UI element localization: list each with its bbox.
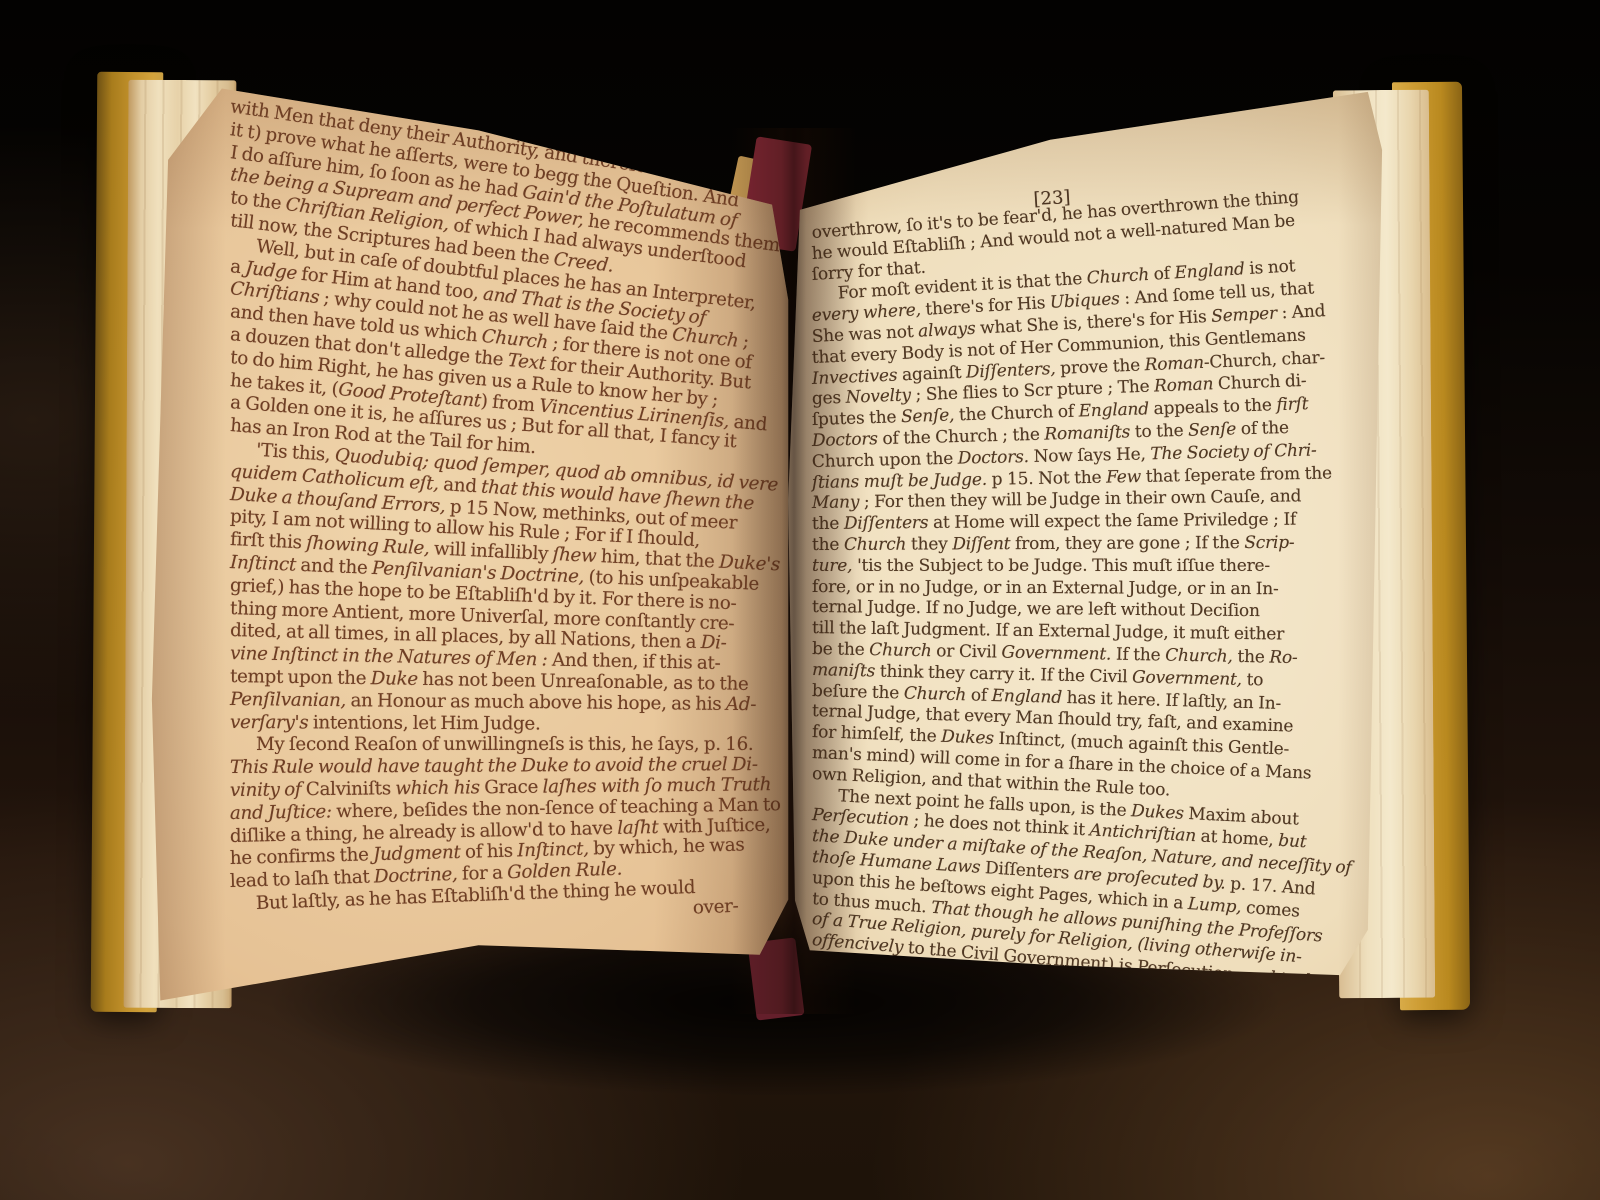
left-page: with Men that deny their Authority, and … <box>148 58 796 1010</box>
text-segment: ſputes the <box>812 407 902 430</box>
text-segment: Many <box>812 493 860 514</box>
text-segment: My ſecond Reaſon of unwillingneſs is thi… <box>256 734 753 755</box>
text-segment: Inſtinct <box>230 552 297 576</box>
text-segment: Penſilvanian, <box>230 689 346 711</box>
text-segment: verſary's <box>230 712 308 733</box>
text-segment: maniſts <box>812 660 876 681</box>
text-segment: the <box>812 535 844 555</box>
text-segment: Di- <box>701 632 727 654</box>
text-segment: Now ſays He, <box>1029 444 1151 467</box>
text-segment: fore, or in no Judge, or in an External … <box>812 577 1279 599</box>
text-segment: and Juſtice: <box>230 801 332 824</box>
text-line: the Diſſenters at Home will expect the ſ… <box>812 510 1292 535</box>
text-segment: an Honour as much above his hope, as his <box>346 690 726 715</box>
text-segment: If the <box>1111 644 1165 665</box>
text-segment: ture, <box>812 556 852 576</box>
text-segment: lead to laſh that <box>230 867 375 893</box>
text-segment: of the <box>1236 418 1289 439</box>
text-segment: that ſeperate from the <box>1141 463 1332 486</box>
text-segment: ges <box>812 388 846 409</box>
text-segment: Grace <box>480 777 543 799</box>
text-segment: againſt <box>897 362 966 385</box>
text-segment: The Society of Chri- <box>1150 440 1317 464</box>
text-line: the Church they Diſſent from, they are g… <box>812 533 1292 556</box>
text-segment: Invectives <box>811 365 897 389</box>
text-segment: of the Church ; the <box>878 425 1045 450</box>
text-segment: Senſe <box>1188 419 1237 440</box>
text-segment: of <box>966 685 992 706</box>
left-page-text: with Men that deny their Authority, and … <box>230 96 775 939</box>
text-segment: Judgment <box>373 842 461 865</box>
right-page-text: overthrow, ſo it's to be fear'd, he has … <box>812 223 1292 972</box>
text-segment: for a <box>457 862 507 885</box>
text-segment: over- <box>692 895 738 918</box>
text-segment: the <box>1233 647 1270 668</box>
text-segment: appeals to the <box>1149 395 1277 419</box>
text-segment: p. 17. And <box>1225 874 1316 900</box>
text-segment: Diſſenters, <box>966 359 1056 383</box>
text-segment: be the <box>812 639 870 660</box>
text-segment: Romaniſts <box>1044 422 1130 444</box>
text-segment: firſt <box>1276 394 1309 415</box>
text-segment: Lump, <box>1187 894 1242 918</box>
text-segment: Doctrine, <box>374 864 458 888</box>
text-segment: to <box>1242 670 1264 690</box>
right-page: [23] overthrow, ſo it's to be fear'd, he… <box>782 78 1400 1000</box>
text-segment: but <box>1278 831 1307 853</box>
text-segment: prove the <box>1055 355 1145 379</box>
text-segment: Duke <box>371 668 418 690</box>
text-segment: Ubiques <box>1049 289 1120 313</box>
text-segment: from, they are gone ; If the <box>1010 533 1244 554</box>
text-segment: England <box>1078 399 1149 421</box>
text-segment: of his <box>460 841 517 863</box>
text-segment: Calviniſts <box>301 778 395 800</box>
text-segment: p 15. Not the <box>987 467 1107 489</box>
text-segment: and the <box>296 555 373 579</box>
text-segment: England <box>1174 260 1245 284</box>
text-segment: Government, <box>1132 667 1242 690</box>
text-segment: Inſtinct, <box>517 839 589 862</box>
text-line: ture, 'tis the Subject to be Judge. This… <box>812 556 1292 577</box>
text-segment: Dukes <box>941 727 994 749</box>
text-segment: England <box>991 685 1062 707</box>
text-segment: vinity of <box>230 779 302 801</box>
text-segment: the <box>812 514 844 534</box>
text-segment: which his <box>395 777 480 799</box>
photo-backdrop: with Men that deny their Authority, and … <box>0 0 1600 1200</box>
text-segment: ternal Judge. If no Judge, we are left w… <box>812 597 1260 621</box>
text-segment: Diſſent <box>952 534 1010 554</box>
text-segment: Doctors. <box>958 447 1030 469</box>
text-segment: comes <box>1241 897 1301 921</box>
text-segment: Senſe, <box>901 406 955 428</box>
text-segment: 'tis the Subject to be Judge. This muſt … <box>852 556 1270 576</box>
text-segment: Roman <box>1144 352 1204 374</box>
text-segment: of <box>1148 264 1175 285</box>
text-segment: ; <box>737 331 749 353</box>
text-segment: intentions, let Him Judge. <box>308 712 540 734</box>
text-segment: to the <box>1130 421 1189 443</box>
text-segment: and <box>438 474 482 498</box>
text-segment: : And <box>1276 301 1325 323</box>
text-segment: Scrip- <box>1244 533 1294 553</box>
text-segment: ; For then they will be Judge in their o… <box>859 487 1301 513</box>
text-segment: always <box>918 319 976 342</box>
text-segment: Government. <box>1001 642 1111 664</box>
text-segment: at Home will expect the ſame Priviledge … <box>928 510 1296 533</box>
text-segment: Dukes <box>1131 801 1185 824</box>
text-segment: Church <box>869 640 932 661</box>
text-segment: Few <box>1106 467 1141 488</box>
text-segment: beſure the <box>812 681 904 704</box>
text-segment: Church <box>904 683 967 705</box>
text-segment: firſt this <box>230 529 307 553</box>
text-segment: ſhew <box>552 544 597 567</box>
text-segment: Maxim about <box>1183 803 1299 829</box>
text-segment: laſht <box>617 816 659 838</box>
text-segment: is not <box>1244 257 1296 280</box>
text-segment: at home, <box>1195 827 1278 852</box>
text-segment: 'Tis this, <box>255 440 335 466</box>
text-segment: Text <box>507 350 547 374</box>
text-segment: Church di- <box>1213 371 1307 394</box>
text-segment: or Civil <box>931 641 1001 662</box>
text-segment: tempt upon the <box>230 666 371 689</box>
text-segment: Roman <box>1154 375 1214 397</box>
text-segment: Ad- <box>726 694 756 715</box>
text-segment: they <box>906 534 952 554</box>
text-segment: Novelty <box>845 386 911 408</box>
text-segment: ſtians muſt be Judge. <box>812 469 987 492</box>
text-segment: Church, <box>1165 645 1233 666</box>
text-segment: he confirms the <box>230 845 374 870</box>
text-segment: Ro- <box>1269 647 1298 668</box>
text-segment: Church <box>844 535 906 555</box>
text-line: fore, or in no Judge, or in an External … <box>812 577 1292 600</box>
text-segment: Semper <box>1211 304 1278 327</box>
text-segment: Doctors <box>812 429 878 451</box>
text-segment: Diſſenters <box>844 513 929 534</box>
text-segment: -Church, char- <box>1203 347 1325 372</box>
text-segment: Church <box>1086 265 1149 289</box>
text-segment: the Church of <box>954 402 1079 426</box>
text-segment: Church upon the <box>812 448 958 471</box>
